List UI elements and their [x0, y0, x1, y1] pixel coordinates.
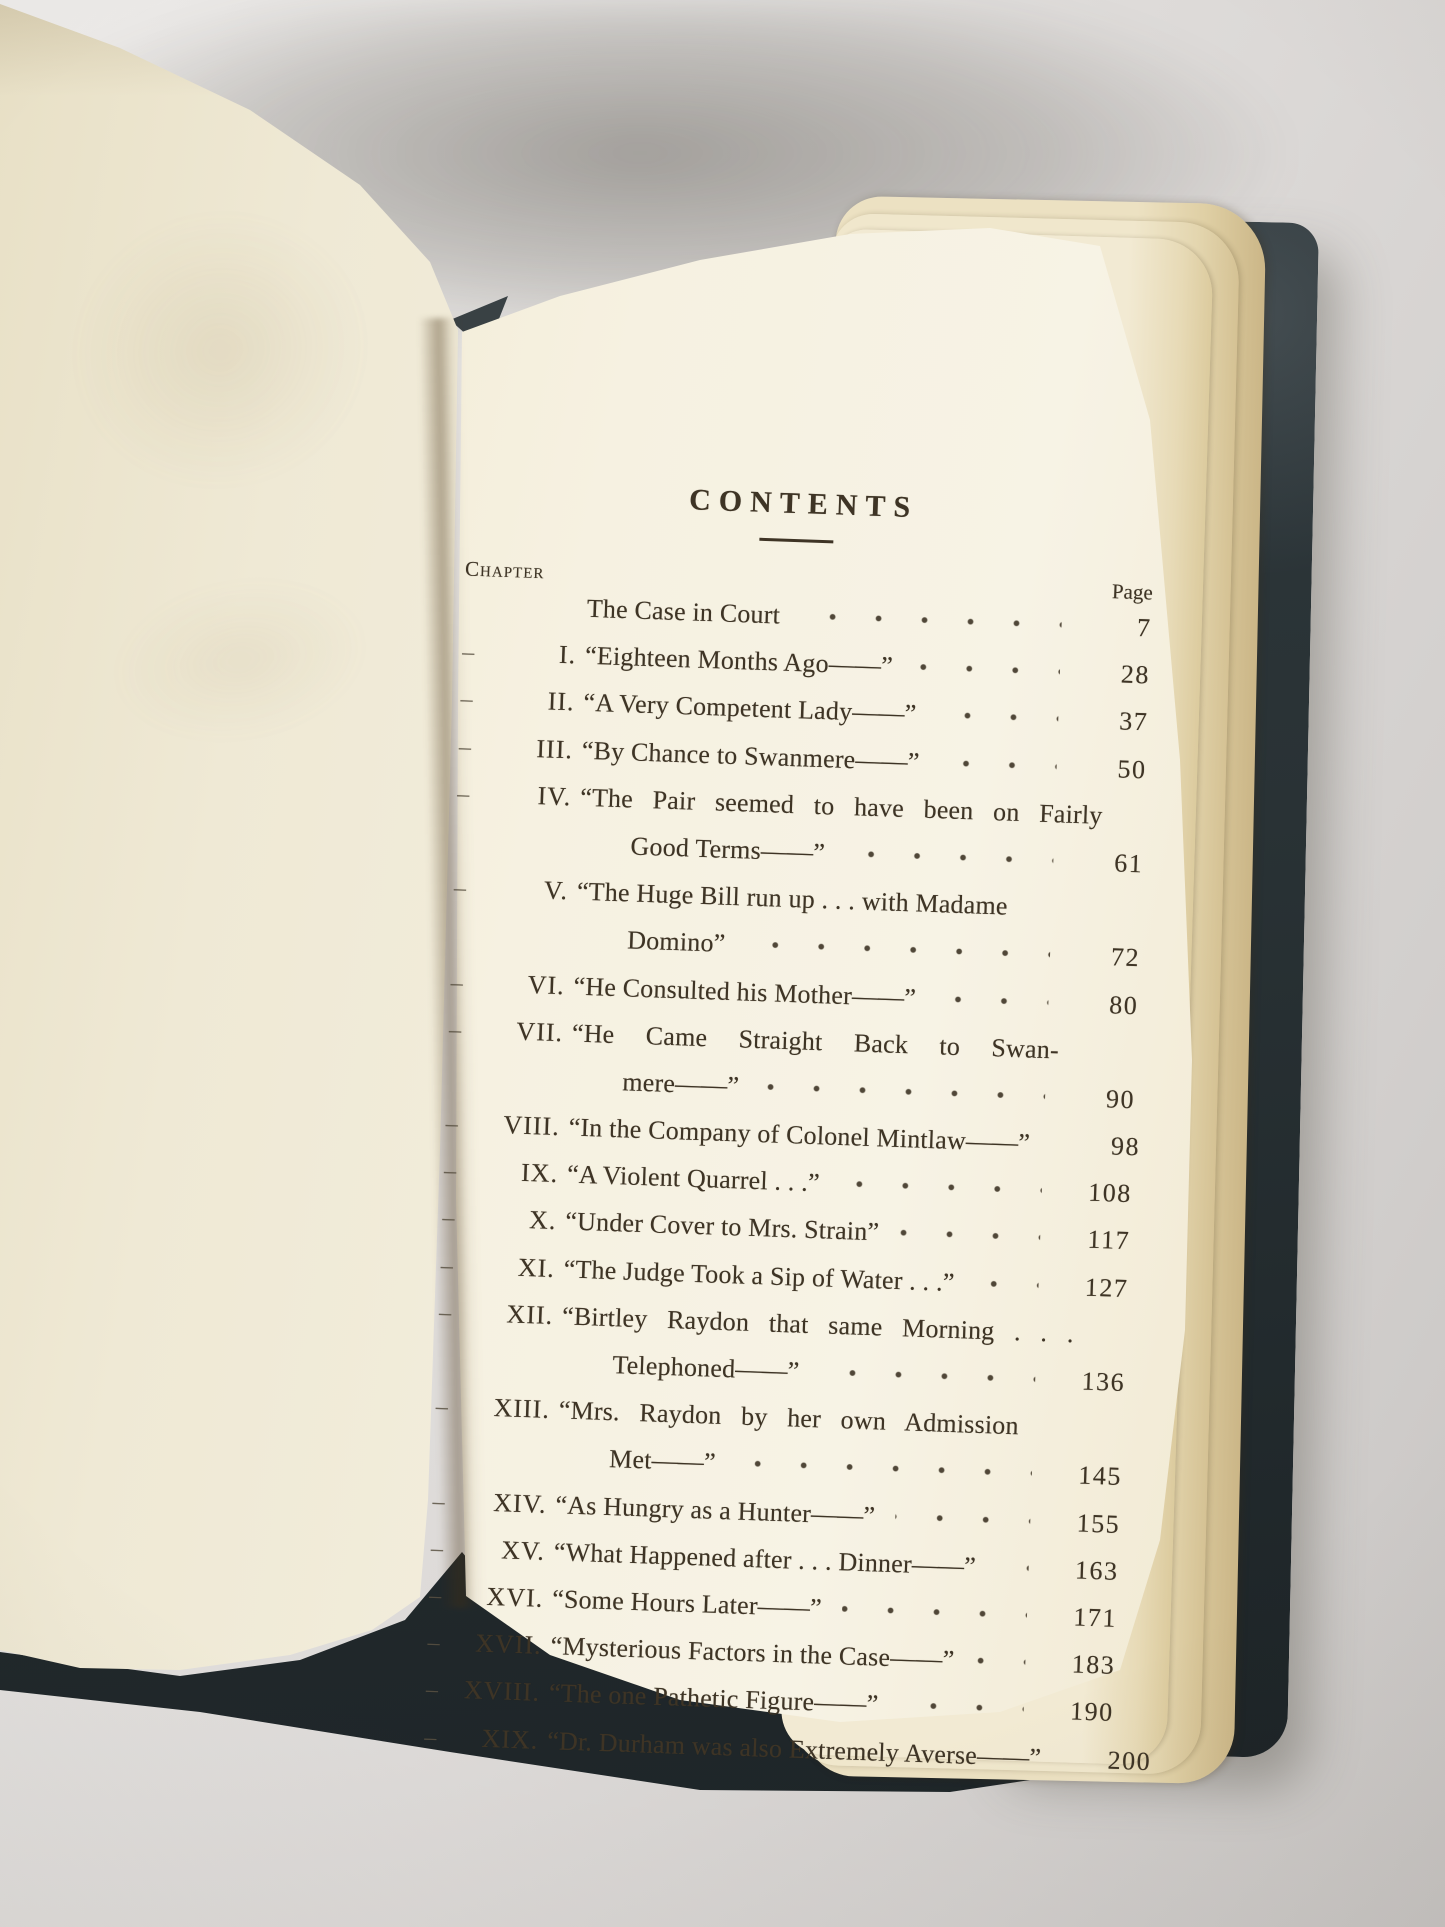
page-number: 108 — [1055, 1177, 1144, 1210]
page-number: 90 — [1059, 1082, 1148, 1115]
leader-dots — [895, 1513, 1030, 1525]
chapter-title: Domino” — [575, 924, 726, 959]
page-number: 7 — [1075, 611, 1164, 644]
page-number: 155 — [1044, 1507, 1133, 1540]
page-number: 80 — [1062, 988, 1151, 1021]
page-number — [1060, 1058, 1148, 1061]
chapter-numeral — [465, 1368, 560, 1371]
page-number: 136 — [1049, 1365, 1138, 1398]
page-number: 50 — [1070, 752, 1159, 785]
chapter-numeral: I. — [490, 638, 586, 671]
leader-dots — [736, 1460, 1032, 1477]
chapter-numeral — [475, 1085, 570, 1088]
margin-pencil-mark: – — [432, 1489, 461, 1517]
table-of-contents: CONTENTS Chapter Page The Case in Court7… — [423, 476, 1168, 1793]
chapter-numeral: XI. — [468, 1251, 564, 1284]
leader-dots — [759, 1083, 1045, 1100]
leader-dots — [898, 1702, 1024, 1713]
leader-dots — [974, 1279, 1038, 1288]
chapter-numeral: XVI. — [457, 1581, 553, 1614]
margin-pencil-mark: – — [454, 875, 483, 903]
margin-pencil-mark — [434, 1461, 462, 1462]
leader-dots — [936, 711, 1058, 722]
chapter-numeral: XVII. — [455, 1628, 551, 1661]
page-number: 163 — [1042, 1554, 1131, 1587]
chapter-title: mere——” — [570, 1065, 740, 1101]
margin-pencil-mark: – — [424, 1724, 453, 1752]
margin-pencil-mark — [452, 943, 480, 944]
chapter-numeral: XII. — [467, 1298, 563, 1331]
chapter-column-label: Chapter — [465, 557, 545, 585]
chapter-numeral: IX. — [472, 1156, 568, 1189]
leader-dots — [913, 663, 1060, 675]
page-number: 98 — [1064, 1130, 1153, 1163]
margin-pencil-mark: – — [450, 970, 479, 998]
margin-pencil-mark — [455, 848, 483, 849]
page-number: 37 — [1072, 705, 1161, 738]
chapter-numeral: XV. — [458, 1534, 554, 1567]
chapter-numeral: VIII. — [473, 1109, 569, 1142]
margin-pencil-mark: – — [449, 1017, 478, 1045]
page-number: 28 — [1073, 658, 1162, 691]
margin-pencil-mark: – — [458, 734, 487, 762]
page-number: 127 — [1052, 1271, 1141, 1304]
chapter-numeral: VI. — [478, 968, 574, 1001]
margin-pencil-mark: – — [440, 1253, 469, 1281]
margin-pencil-mark: – — [457, 781, 486, 809]
margin-pencil-mark: – — [444, 1158, 473, 1186]
leader-dots — [939, 759, 1056, 770]
page-number: 61 — [1067, 847, 1156, 880]
chapter-numeral: III. — [486, 732, 582, 765]
leader-dots — [745, 941, 1050, 959]
chapter-numeral: XIV. — [460, 1486, 556, 1519]
page-number: 117 — [1054, 1224, 1143, 1257]
chapter-numeral: II. — [488, 685, 584, 718]
margin-pencil-mark — [447, 1084, 475, 1085]
chapter-title: The Case in Court — [586, 594, 780, 631]
toc-rows: The Case in Court7–I.“Eighteen Months Ag… — [423, 590, 1164, 1793]
margin-pencil-mark: – — [442, 1206, 471, 1234]
page-column-label: Page — [1112, 579, 1166, 606]
heading-rule — [759, 538, 833, 544]
page-number: 145 — [1045, 1460, 1134, 1493]
margin-pencil-mark: – — [460, 687, 489, 715]
page-number: 190 — [1037, 1696, 1126, 1729]
chapter-numeral: IV. — [485, 779, 581, 812]
chapter-numeral: VII. — [477, 1015, 573, 1048]
leader-dots — [936, 995, 1049, 1006]
chapter-numeral: XVIII. — [454, 1675, 550, 1708]
book-photo-scene: CONTENTS Chapter Page The Case in Court7… — [0, 0, 1445, 1927]
leader-dots — [974, 1657, 1025, 1666]
chapter-numeral — [480, 944, 575, 947]
leader-dots — [819, 1368, 1035, 1383]
page-number — [1065, 917, 1153, 920]
page-number — [1047, 1436, 1135, 1439]
page-number: 72 — [1064, 941, 1153, 974]
leader-dots — [800, 612, 1062, 628]
page-number: 183 — [1039, 1648, 1128, 1681]
margin-pencil-mark: – — [430, 1536, 459, 1564]
leader-dots — [840, 1180, 1042, 1194]
margin-pencil-mark: – — [445, 1111, 474, 1139]
chapter-title: Met——” — [557, 1443, 717, 1479]
leader-dots — [845, 850, 1054, 864]
line-spacer — [1007, 915, 1065, 917]
leader-dots — [996, 1563, 1029, 1571]
chapter-numeral: X. — [470, 1204, 566, 1237]
chapter-numeral — [462, 1462, 557, 1465]
margin-pencil-mark: – — [427, 1630, 456, 1658]
margin-pencil-mark: – — [439, 1300, 468, 1328]
leader-dots — [899, 1230, 1040, 1242]
chapter-numeral: V. — [482, 873, 578, 906]
chapter-numeral — [492, 613, 587, 616]
margin-pencil-mark: – — [426, 1677, 455, 1705]
leader-dots — [842, 1605, 1027, 1618]
margin-pencil-mark — [464, 612, 492, 613]
margin-pencil-mark — [437, 1367, 465, 1368]
chapter-numeral — [483, 849, 578, 852]
chapter-numeral: XIII. — [463, 1392, 559, 1425]
margin-pencil-mark: – — [435, 1394, 464, 1422]
chapter-numeral: XIX. — [452, 1722, 548, 1755]
page-number: 200 — [1075, 1744, 1164, 1777]
line-spacer — [1018, 1435, 1047, 1436]
margin-pencil-mark: – — [429, 1583, 458, 1611]
margin-pencil-mark: – — [462, 640, 491, 668]
page-number: 171 — [1040, 1601, 1129, 1634]
